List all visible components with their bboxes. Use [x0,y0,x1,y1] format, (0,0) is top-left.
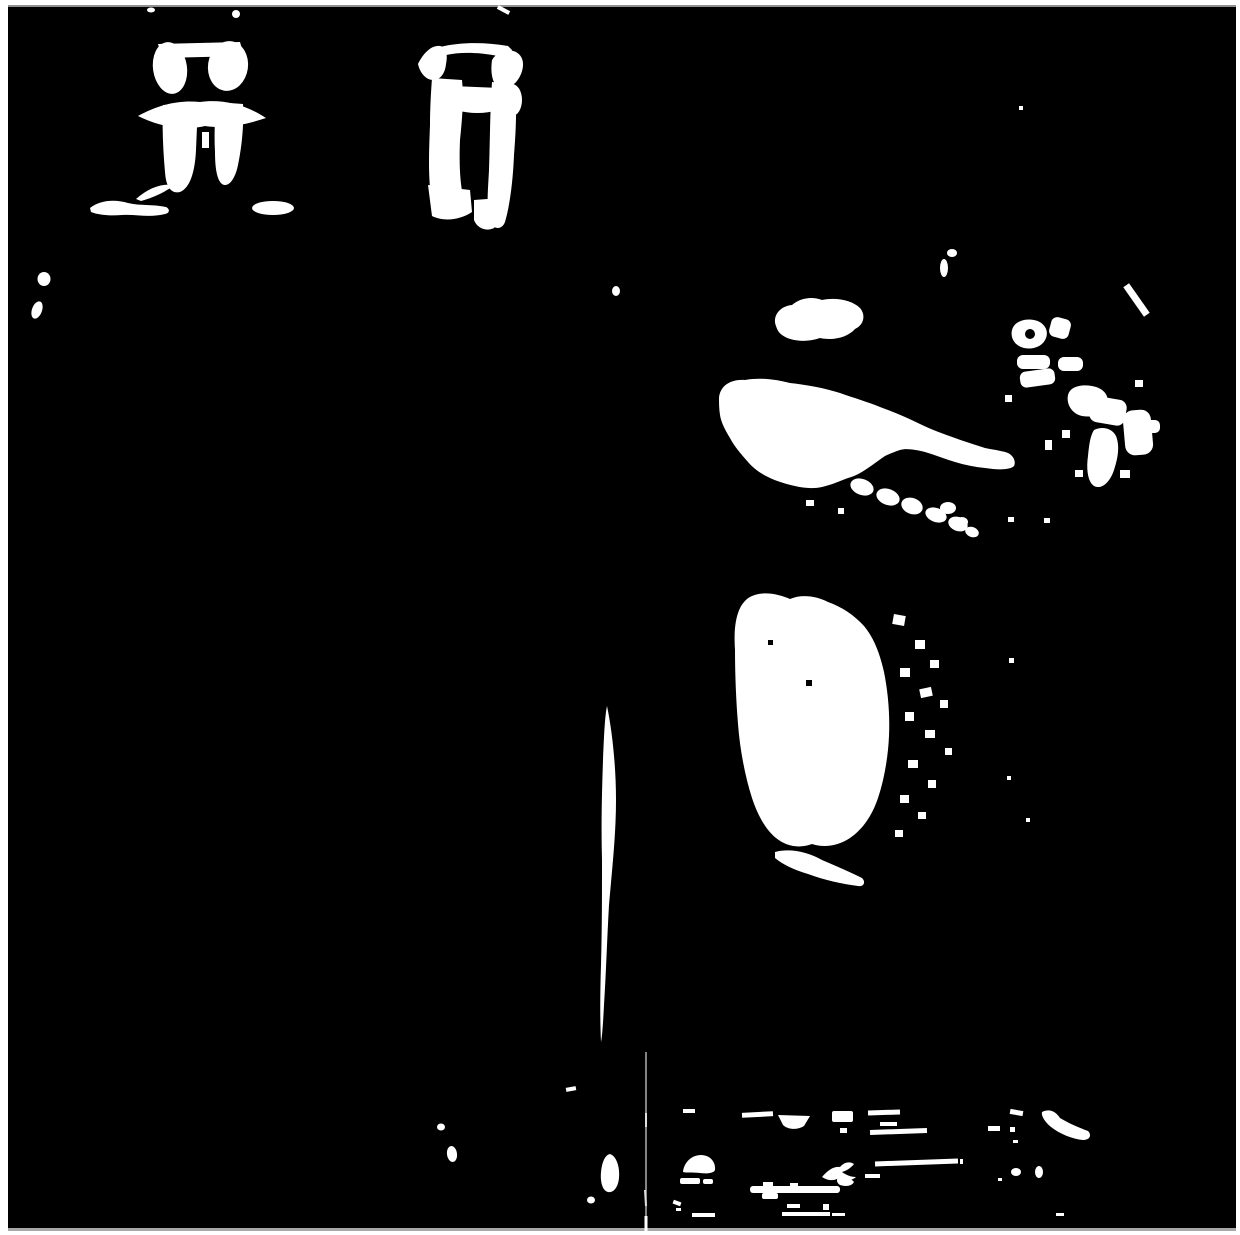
bottom-mark-e [988,1126,1000,1131]
bottom-dash-i [692,1213,715,1217]
blob-d-speckle-6 [940,700,948,708]
right-top-dot [1019,106,1023,110]
bottom-dash-j [1056,1213,1064,1216]
top-separator-line [8,5,1236,7]
bottom-dot-d [823,1204,829,1210]
left-edge-blob-1 [38,272,51,286]
right-mark-1 [947,249,957,257]
bottom-separator-line [8,1228,1236,1231]
bottom-streak-c [832,1213,845,1216]
top-mark-1 [147,8,155,13]
bottom-streak-b [782,1212,830,1216]
blot2-left-foot [428,185,472,219]
blot1-right-ellipse [252,201,294,215]
blob-d-speckle-1 [892,614,906,626]
top-mark-2 [232,10,240,18]
binarized-figure [0,0,1240,1235]
blob-d-speckle-11 [928,780,936,788]
bottom-mark-f [1010,1127,1015,1132]
blot2-right-bulge [502,84,522,116]
blob-d-speckle-8 [925,730,935,738]
blob-c-4 [1058,357,1083,371]
bottom-dots-b [1035,1166,1043,1178]
blob-c-2 [1017,355,1050,369]
image-black-field [8,7,1236,1228]
dot-mid-left [612,286,620,296]
blob-c-speck-6 [1005,395,1012,402]
right-mark-2 [940,259,948,277]
blob-d-speckle-10 [908,760,918,768]
blob-d-speckle-12 [900,795,909,803]
blob-d-speckle-3 [930,660,939,668]
bottom-dash-b [683,1109,695,1113]
bottom-dash-g [865,1174,880,1178]
blob-d-speckle-13 [918,812,926,819]
bottom-streak-tooth-1 [763,1182,773,1187]
bottom-dots-a [1011,1168,1021,1176]
blob-d-speckle-4 [900,668,910,677]
blob-c-mark-2 [956,517,968,527]
bottom-block [832,1111,853,1122]
blob-c-dot-1 [1008,517,1014,522]
bottom-dot-a [437,1124,445,1131]
blob-c-speck-2 [1045,440,1052,450]
blob-d-speckle-2 [915,640,925,649]
blob-d-hole-1 [806,680,812,686]
blob-d-speckle-9 [945,748,952,755]
blob-d-speckle-14 [895,830,903,837]
blot2-bridge [452,86,500,113]
bottom-dash-e [880,1122,897,1126]
bottom-mark-g [1013,1140,1018,1143]
bottom-dot-b [587,1197,595,1204]
blob-c-speck-3 [1075,470,1083,477]
blob-c-speck-5 [1135,380,1143,387]
bottom-mark-c2 [676,1208,681,1211]
bottom-tick [960,1159,963,1164]
blob-c-9 [1140,420,1160,433]
blob-c-speck-4 [1120,470,1130,478]
bottom-dot-c [840,1128,847,1133]
blob-c-dot-2 [1044,518,1050,523]
blob-d-dot-3 [1026,818,1030,822]
figure-canvas [0,0,1240,1235]
blot1-body-speck [202,132,209,148]
blob-d-hole-2 [768,640,773,645]
bottom-dash-h [787,1204,800,1208]
blob-d-main [735,593,890,846]
blob-c-1-hole [1025,329,1035,339]
blob-c-speck-1 [1062,430,1070,438]
faint-line-mid-dash [645,1190,646,1206]
bottom-dash-row-1 [680,1178,700,1184]
bottom-streak-tooth-2 [790,1183,798,1187]
bottom-streak [750,1186,840,1193]
bottom-dash-row-2 [703,1179,713,1184]
blob-b-speck-1 [806,500,814,506]
bottom-small-a [762,1193,778,1199]
blob-c-mark-1 [940,502,956,514]
blob-d-dot-2 [1007,776,1011,780]
blob-b-speck-2 [838,508,844,514]
blob-d-speckle-7 [905,712,914,721]
bottom-dots-c [998,1178,1002,1181]
blob-d-dot-1 [1009,658,1014,663]
